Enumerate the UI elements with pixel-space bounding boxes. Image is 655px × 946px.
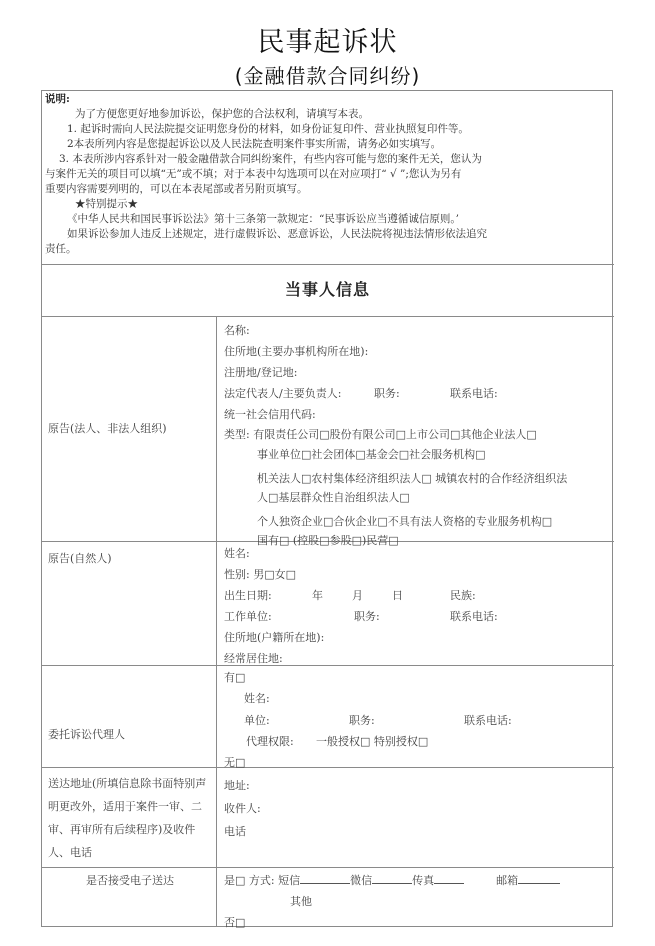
electronic-yes-checkbox[interactable]: 是□: [224, 874, 245, 887]
entity-type-label: 类型:: [224, 428, 250, 441]
person-employer-field[interactable]: 工作单位:: [224, 606, 354, 627]
column-divider: [216, 316, 217, 927]
section-title: 当事人信息: [41, 264, 614, 316]
document-title: 民事起诉状: [0, 20, 655, 59]
entity-type-options[interactable]: 有限责任公司□股份有限公司□上市公司□其他企业法人□: [253, 428, 537, 441]
instruction-line: 为了方便您更好地参加诉讼，保护您的合法权利，请填写本表。: [45, 107, 611, 122]
agent-unit-field[interactable]: 单位:: [244, 710, 349, 732]
plaintiff-entity-label: 原告(法人、非法人组织): [48, 418, 212, 439]
plaintiff-person-fields: 姓名: 性别: 男□女□ 出生日期:年月日民族: 工作单位:职务:联系电话: 住…: [224, 543, 612, 669]
person-residence-field[interactable]: 经常居住地:: [224, 648, 612, 669]
instruction-line: 2本表所列内容是您提起诉讼以及人民法院查明案件事实所需，请务必如实填写。: [45, 137, 611, 152]
agent-phone-field[interactable]: 联系电话:: [464, 714, 512, 727]
instruction-line: 与案件无关的项目可以填“无”或不填；对于本表中勾选项可以在对应项打“ √ ”;您…: [45, 167, 611, 182]
agent-yes-checkbox[interactable]: 有□: [224, 667, 612, 688]
service-address-label: 送达地址(所填信息除书面特别声明更改外，适用于案件一审、二审、再审所有后续程序)…: [48, 772, 216, 864]
entity-credit-code-field[interactable]: 统一社会信用代码:: [224, 404, 612, 425]
agent-label: 委托诉讼代理人: [48, 724, 212, 745]
birth-day-label: 日: [392, 585, 450, 606]
entity-type-options[interactable]: 机关法人□农村集体经济组织法人□ 城镇农村的合作经济组织法: [224, 469, 612, 488]
plaintiff-person-label: 原告(自然人): [48, 548, 212, 569]
person-name-field[interactable]: 姓名:: [224, 543, 612, 564]
person-birth-field[interactable]: 出生日期:: [224, 585, 312, 606]
divider: [41, 316, 614, 317]
birth-month-label: 月: [352, 585, 392, 606]
special-notice-line: 《中华人民共和国民事诉讼法》第十三条第一款规定：“民事诉讼应当遵循诚信原则。’: [45, 212, 611, 227]
fax-label: 传真: [412, 874, 434, 887]
instruction-line: 1. 起诉时需向人民法院提交证明您身份的材料，如身份证复印件、营业执照复印件等。: [45, 122, 611, 137]
email-input[interactable]: [518, 871, 560, 884]
entity-domicile-field[interactable]: 住所地(主要办事机构所在地):: [224, 341, 612, 362]
birth-year-label: 年: [312, 585, 352, 606]
person-domicile-field[interactable]: 住所地(户籍所在地):: [224, 627, 612, 648]
agent-name-field[interactable]: 姓名:: [224, 688, 612, 710]
special-notice-line: 责任。: [45, 242, 611, 257]
special-notice-line: 如果诉讼参加人违反上述规定，进行虚假诉讼、恶意诉讼，人民法院将视违法情形依法追究: [45, 227, 611, 242]
entity-type-options[interactable]: 人□基层群众性自治组织法人□: [224, 488, 612, 507]
service-recipient-field[interactable]: 收件人:: [224, 797, 612, 820]
agent-authority-label: 代理权限:: [246, 732, 316, 752]
agent-no-checkbox[interactable]: 无□: [224, 752, 612, 774]
entity-legal-rep-field[interactable]: 法定代表人/主要负责人:: [224, 383, 374, 404]
person-phone-field[interactable]: 联系电话:: [450, 610, 498, 623]
service-address-field[interactable]: 地址:: [224, 774, 612, 797]
electronic-service-fields: 是□ 方式: 短信微信传真邮箱 其他 否□: [224, 870, 612, 933]
divider: [41, 867, 614, 868]
instructions-heading: 说明:: [45, 92, 611, 107]
electronic-service-label: 是否接受电子送达: [48, 870, 212, 891]
entity-position-field[interactable]: 职务:: [374, 383, 450, 404]
agent-position-field[interactable]: 职务:: [349, 710, 464, 732]
agent-fields: 有□ 姓名: 单位:职务:联系电话: 代理权限:一般授权□ 特别授权□ 无□: [224, 667, 612, 774]
plaintiff-entity-fields: 名称: 住所地(主要办事机构所在地): 注册地/登记地: 法定代表人/主要负责人…: [224, 320, 612, 550]
instruction-line: 3. 本表所涉内容系针对一般金融借款合同纠纷案件，有些内容可能与您的案件无关，您…: [45, 152, 611, 167]
agent-authority-options[interactable]: 一般授权□ 特别授权□: [316, 735, 428, 748]
instruction-line: 重要内容需要列明的，可以在本表尾部或者另附页填写。: [45, 182, 611, 197]
entity-registered-field[interactable]: 注册地/登记地:: [224, 362, 612, 383]
email-label: 邮箱: [496, 874, 518, 887]
document-subtitle: (金融借款合同纠纷): [0, 60, 655, 89]
sms-input[interactable]: [300, 871, 350, 884]
entity-type-options[interactable]: 事业单位□社会团体□基金会□社会服务机构□: [224, 445, 612, 464]
other-method-field[interactable]: 其他: [224, 891, 612, 912]
service-address-fields: 地址: 收件人: 电话: [224, 774, 612, 843]
instructions: 说明: 为了方便您更好地参加诉讼，保护您的合法权利，请填写本表。 1. 起诉时需…: [45, 92, 611, 257]
entity-phone-field[interactable]: 联系电话:: [450, 387, 498, 400]
wechat-label: 微信: [350, 874, 372, 887]
wechat-input[interactable]: [372, 871, 412, 884]
person-position-field[interactable]: 职务:: [354, 606, 450, 627]
entity-name-field[interactable]: 名称:: [224, 320, 612, 341]
person-ethnicity-field[interactable]: 民族:: [450, 589, 476, 602]
person-gender-options[interactable]: 性别: 男□女□: [224, 564, 612, 585]
service-phone-field[interactable]: 电话: [224, 820, 612, 843]
entity-type-options[interactable]: 个人独资企业□合伙企业□不具有法人资格的专业服务机构□: [224, 512, 612, 531]
electronic-no-checkbox[interactable]: 否□: [224, 912, 612, 933]
special-notice-heading: ★特别提示★: [45, 197, 611, 212]
fax-input[interactable]: [434, 871, 464, 884]
sms-label: 短信: [278, 874, 300, 887]
method-label: 方式:: [249, 874, 275, 887]
